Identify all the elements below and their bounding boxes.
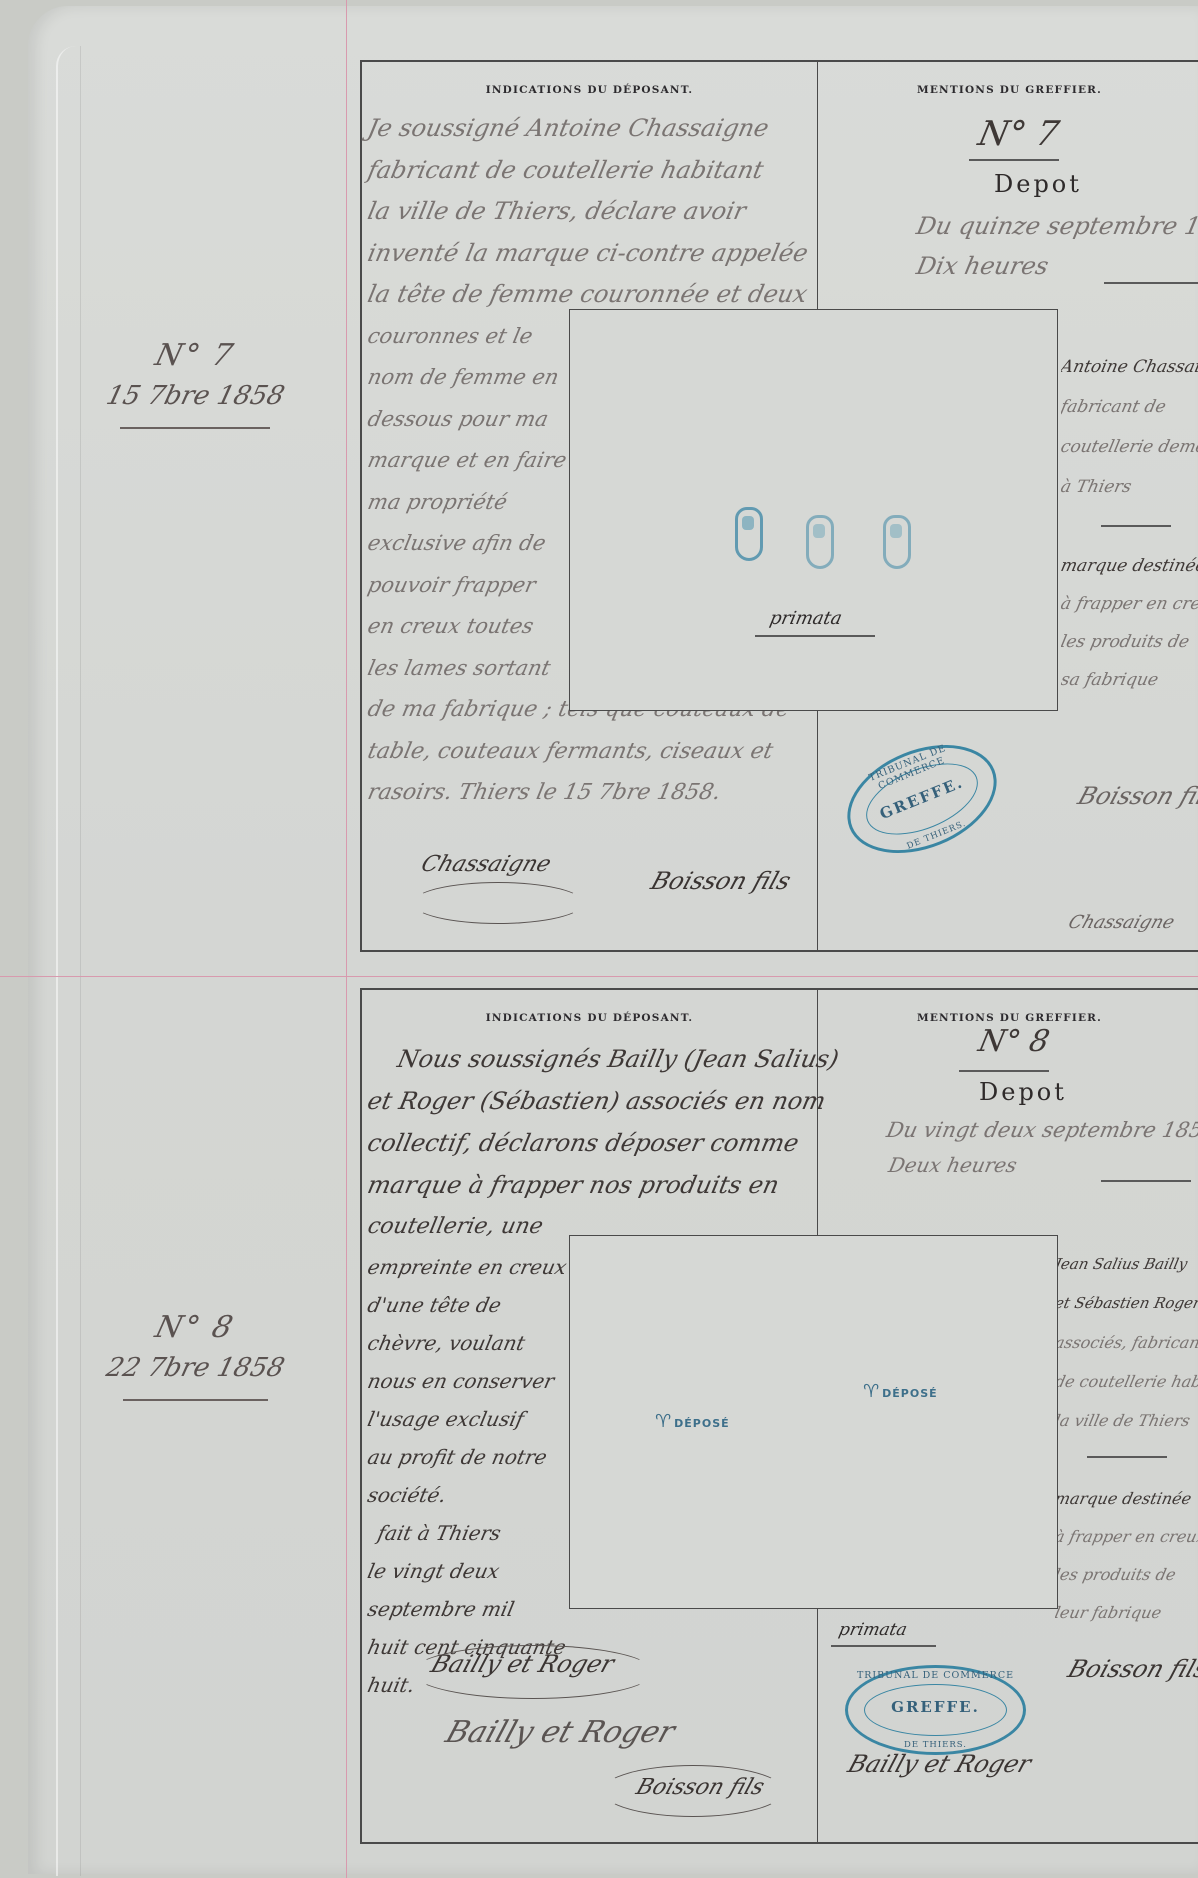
text-line: collectif, déclarons déposer comme bbox=[364, 1122, 843, 1164]
mark-note-line: à frapper en creux bbox=[1055, 1518, 1198, 1556]
depot-time: Dix heures bbox=[914, 252, 1051, 280]
greffe-stamp: TRIBUNAL DE COMMERCE GREFFE. DE THIERS. bbox=[845, 1665, 1026, 1755]
deposant-header: INDICATIONS DU DÉPOSANT. bbox=[362, 84, 817, 96]
mark-imprint-box: ♈DÉPOSÉ ♈DÉPOSÉ bbox=[569, 1235, 1058, 1609]
text-line: marque à frapper nos produits en bbox=[364, 1164, 843, 1206]
head-mark-icon bbox=[806, 515, 834, 569]
caption-underline bbox=[831, 1645, 936, 1647]
depositor-notes: Antoine Chassaigne fabricant de coutelle… bbox=[1061, 347, 1198, 699]
stamp-middle-text: GREFFE. bbox=[848, 1698, 1023, 1716]
mark-note-line: marque destinée bbox=[1061, 547, 1198, 585]
margin-entry-number: N° 7 bbox=[152, 338, 239, 373]
margin-entry-number: N° 8 bbox=[152, 1310, 239, 1345]
head-mark-icon bbox=[883, 515, 911, 569]
signature-deposant-2: Bailly et Roger bbox=[441, 1715, 679, 1750]
greffier-signature: Boisson fils bbox=[1074, 782, 1198, 810]
mark-note-line: marque destinée bbox=[1055, 1480, 1198, 1518]
goat-head-mark: ♈DÉPOSÉ bbox=[863, 1381, 938, 1402]
margin-entry-date: 22 7bre 1858 bbox=[103, 1353, 287, 1383]
entry-8-margin-note: N° 8 22 7bre 1858 bbox=[80, 1310, 310, 1401]
margin-underline bbox=[123, 1399, 268, 1401]
date-rule bbox=[1101, 1180, 1191, 1182]
entry-8-form: INDICATIONS DU DÉPOSANT. Nous soussignés… bbox=[360, 988, 1198, 1844]
note-line: Jean Salius Bailly bbox=[1055, 1245, 1198, 1284]
notes-rule bbox=[1087, 1456, 1167, 1458]
greffier-entry-number: N° 7 bbox=[975, 114, 1063, 154]
text-line: fabricant de coutellerie habitant bbox=[364, 150, 812, 192]
entry-separator-rule bbox=[0, 976, 1198, 977]
note-line: coutellerie demeurant bbox=[1061, 427, 1198, 467]
depot-time: Deux heures bbox=[886, 1153, 1019, 1177]
note-line: et Sébastien Roger bbox=[1055, 1284, 1198, 1323]
text-line: la ville de Thiers, déclare avoir bbox=[364, 191, 812, 233]
deposant-countersignature: Chassaigne bbox=[1066, 912, 1178, 933]
greffier-header: MENTIONS DU GREFFIER. bbox=[819, 1012, 1198, 1024]
note-line: de coutellerie habitant bbox=[1055, 1362, 1198, 1401]
date-rule bbox=[1104, 282, 1198, 284]
depose-label: DÉPOSÉ bbox=[882, 1387, 938, 1400]
text-line: rasoirs. Thiers le 15 7bre 1858. bbox=[364, 772, 812, 814]
depose-label: DÉPOSÉ bbox=[674, 1417, 730, 1430]
number-underline bbox=[969, 159, 1059, 161]
note-line: associés, fabricants bbox=[1055, 1323, 1198, 1362]
stamp-bottom-text: DE THIERS. bbox=[848, 1740, 1023, 1750]
signature-deposant: Chassaigne bbox=[418, 852, 554, 877]
text-line: Nous soussignés Bailly (Jean Salius) bbox=[364, 1038, 843, 1080]
text-line: inventé la marque ci-contre appelée bbox=[364, 233, 812, 275]
depot-date: Du quinze septembre 1858 bbox=[914, 212, 1198, 240]
page-binding-edge bbox=[56, 46, 81, 1876]
depot-date: Du vingt deux septembre 1858. bbox=[884, 1118, 1198, 1142]
number-underline bbox=[959, 1070, 1049, 1072]
mark-note-line: leur fabrique bbox=[1055, 1594, 1198, 1632]
margin-rule-vertical bbox=[346, 0, 347, 1878]
head-mark-icon bbox=[735, 507, 763, 561]
stamp-top-text: TRIBUNAL DE COMMERCE bbox=[848, 1670, 1023, 1681]
caption-underline bbox=[755, 635, 875, 637]
greffier-header: MENTIONS DU GREFFIER. bbox=[819, 84, 1198, 96]
greffier-entry-number: N° 8 bbox=[975, 1024, 1052, 1059]
deposant-header: INDICATIONS DU DÉPOSANT. bbox=[362, 1012, 817, 1024]
margin-underline bbox=[120, 427, 270, 429]
signature-flourish bbox=[412, 882, 584, 924]
greffier-signature: Boisson fils bbox=[1064, 1655, 1198, 1683]
depot-label: Depot bbox=[994, 170, 1082, 198]
signature-greffier: Boisson fils bbox=[647, 867, 794, 895]
note-line: la ville de Thiers bbox=[1055, 1401, 1198, 1440]
depot-label: Depot bbox=[979, 1078, 1067, 1106]
goat-head-icon: ♈ bbox=[655, 1411, 672, 1432]
imprint-caption: primata bbox=[768, 608, 844, 629]
text-line: et Roger (Sébastien) associés en nom bbox=[364, 1080, 843, 1122]
mark-note-line: à frapper en creux bbox=[1061, 585, 1198, 623]
text-line: Je soussigné Antoine Chassaigne bbox=[364, 108, 812, 150]
notes-rule bbox=[1101, 525, 1171, 527]
mark-note-line: les produits de bbox=[1055, 1556, 1198, 1594]
mark-imprint-box: primata bbox=[569, 309, 1058, 711]
mark-note-line: sa fabrique bbox=[1061, 661, 1198, 699]
depositor-notes: Jean Salius Bailly et Sébastien Roger as… bbox=[1055, 1245, 1198, 1632]
mark-note-line: les produits de bbox=[1061, 623, 1198, 661]
text-line: table, couteaux fermants, ciseaux et bbox=[364, 731, 812, 773]
note-line: à Thiers bbox=[1061, 467, 1198, 507]
margin-entry-date: 15 7bre 1858 bbox=[103, 381, 287, 411]
goat-head-mark: ♈DÉPOSÉ bbox=[655, 1411, 730, 1432]
entry-7-margin-note: N° 7 15 7bre 1858 bbox=[80, 338, 310, 429]
imprint-caption: primata bbox=[837, 1620, 909, 1640]
goat-head-icon: ♈ bbox=[863, 1381, 880, 1402]
note-line: fabricant de bbox=[1061, 387, 1198, 427]
signature-flourish bbox=[412, 1645, 654, 1699]
entry-7-form: INDICATIONS DU DÉPOSANT. Je soussigné An… bbox=[360, 60, 1198, 952]
note-line: Antoine Chassaigne bbox=[1061, 347, 1198, 387]
signature-flourish bbox=[602, 1765, 784, 1817]
